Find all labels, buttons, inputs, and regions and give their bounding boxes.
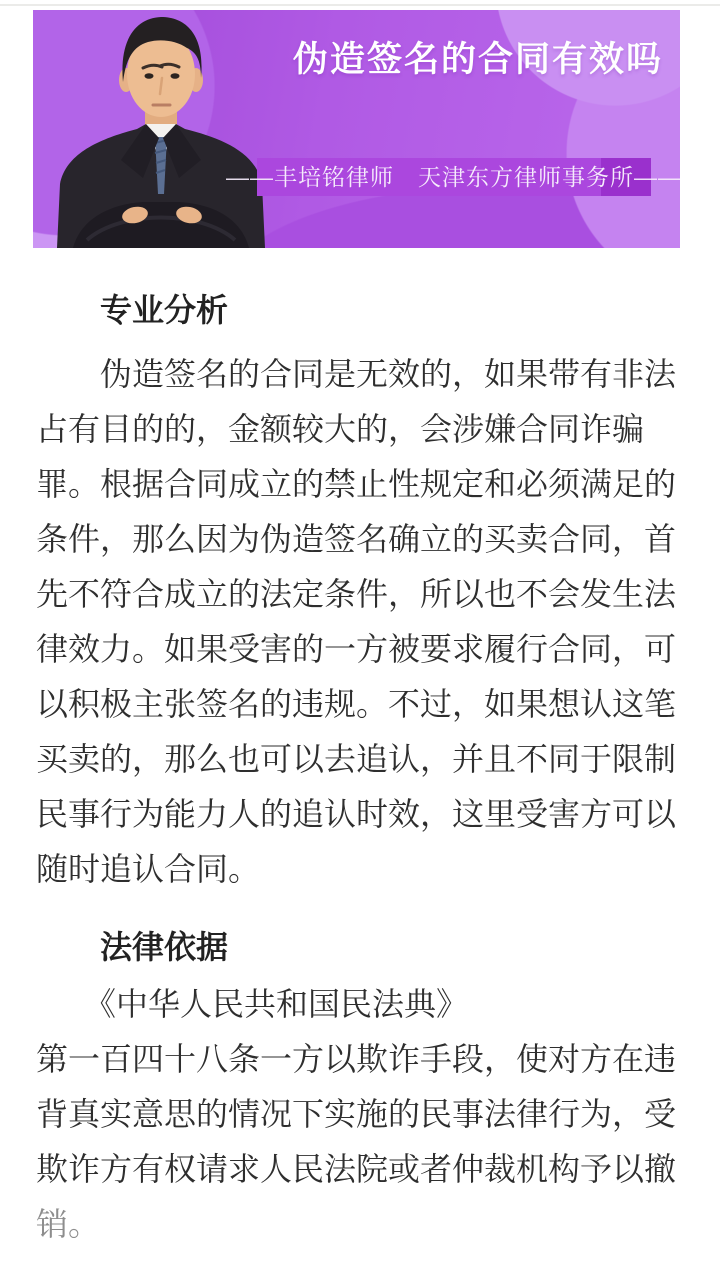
legal-qa-page: { "theme": { "banner_base_color": "#b05a…: [0, 0, 720, 1268]
article-content: 专业分析 伪造签名的合同是无效的，如果带有非法 占有目的的，金额较大的，会涉嫌合…: [0, 248, 720, 1252]
analysis-heading: 专业分析: [36, 283, 700, 338]
legal-basis-faded-text: 销。: [36, 1206, 100, 1242]
legal-basis-text: 《中华人民共和国民法典》 第一百四十八条一方以欺诈手段，使对方在违 背真实意思的…: [36, 986, 676, 1187]
legal-basis-paragraph: 《中华人民共和国民法典》 第一百四十八条一方以欺诈手段，使对方在违 背真实意思的…: [36, 977, 700, 1252]
ribbon-right-dash: ——: [634, 158, 680, 196]
lawyer-portrait-illustration: [51, 10, 269, 248]
lawyer-banner-image[interactable]: 伪造签名的合同有效吗 —— 丰培铭律师 天津东方律师事务所 ——: [33, 10, 680, 248]
lawyer-name-and-firm: 丰培铭律师 天津东方律师事务所: [274, 158, 634, 196]
lawyer-credit: —— 丰培铭律师 天津东方律师事务所 ——: [257, 158, 651, 196]
analysis-paragraph: 伪造签名的合同是无效的，如果带有非法 占有目的的，金额较大的，会涉嫌合同诈骗 罪…: [36, 347, 700, 897]
legal-basis-heading: 法律依据: [36, 920, 700, 975]
top-divider: [0, 4, 720, 6]
banner-title: 伪造签名的合同有效吗: [273, 36, 680, 84]
ribbon-left-dash: ——: [226, 158, 274, 196]
lawyer-credit-ribbon: —— 丰培铭律师 天津东方律师事务所 ——: [257, 158, 651, 196]
